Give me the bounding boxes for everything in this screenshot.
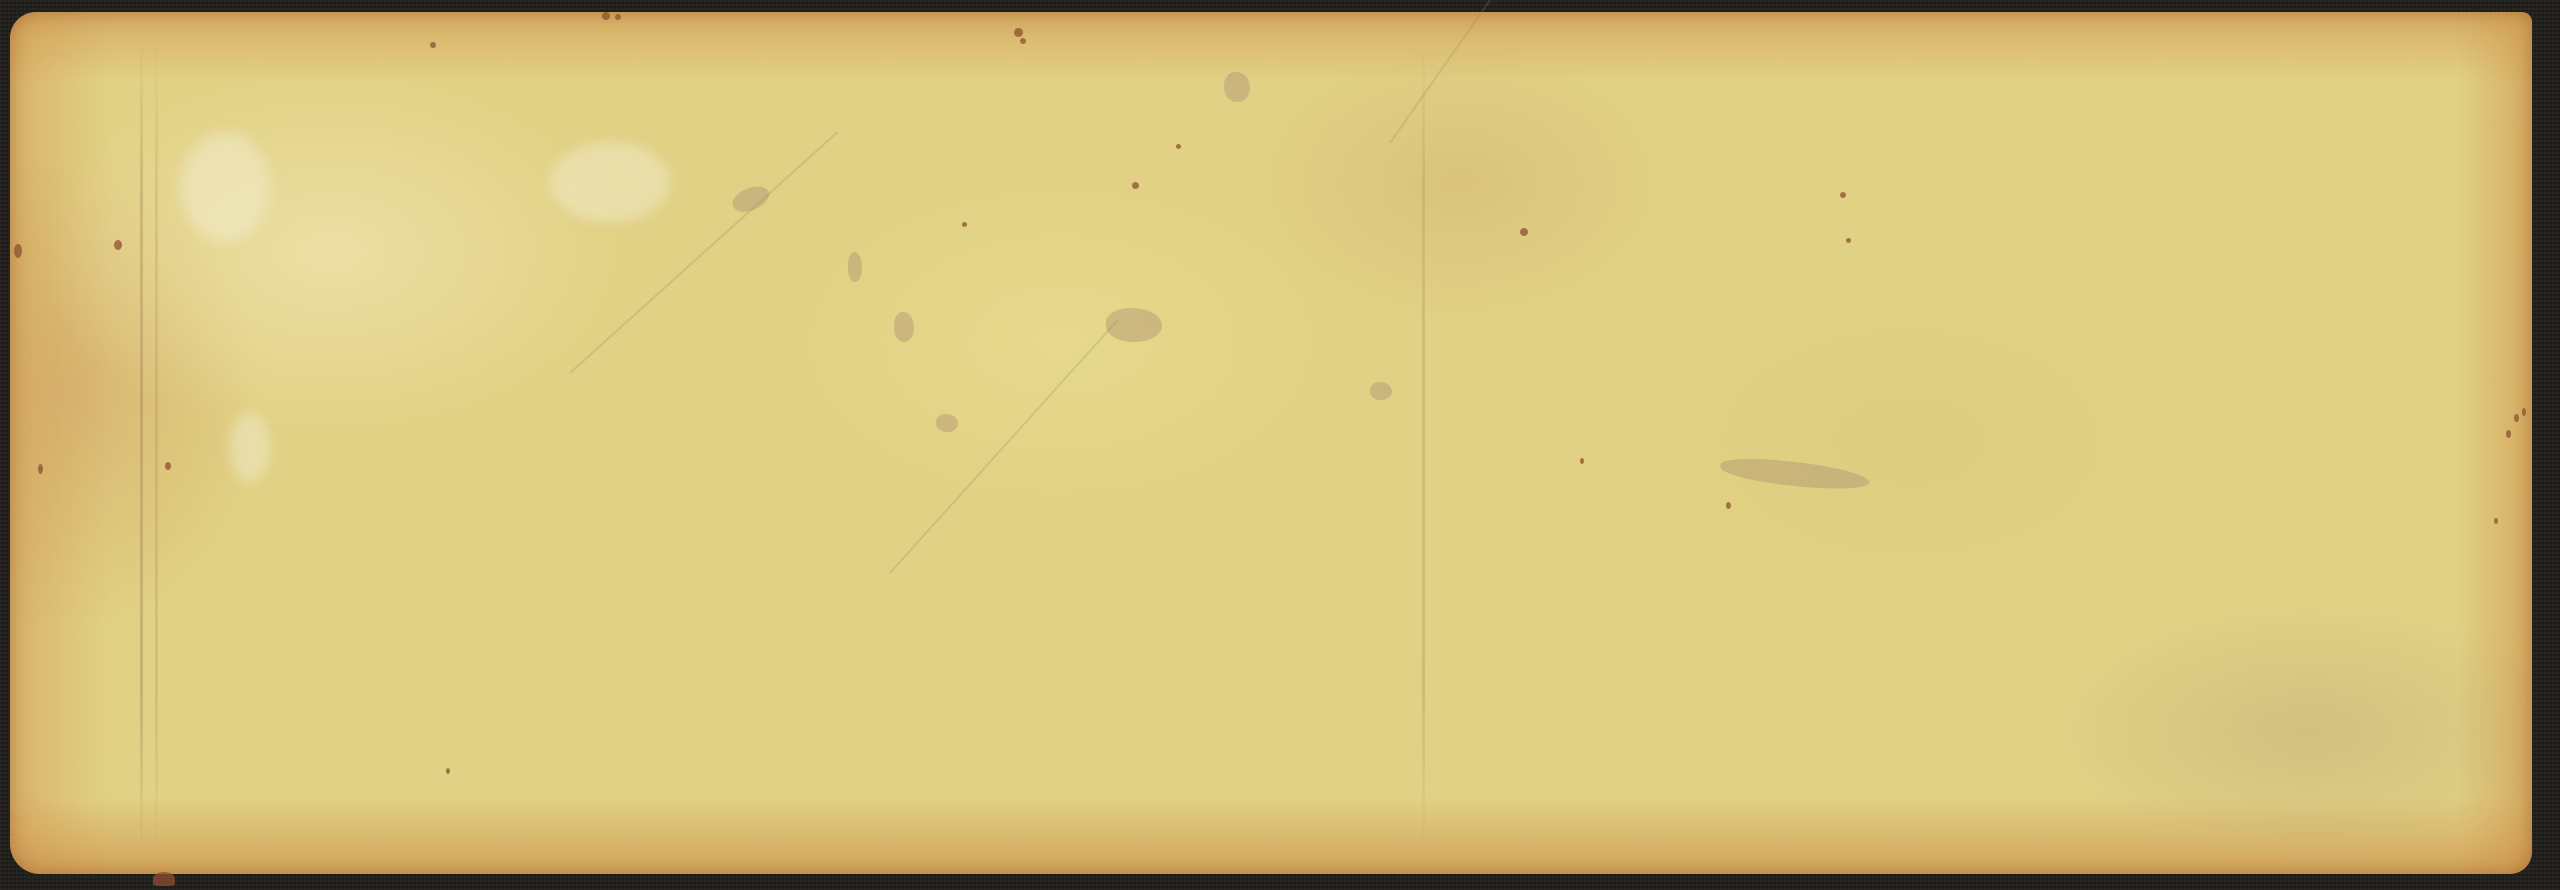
foxing-spot xyxy=(1840,192,1846,198)
foxing-spot xyxy=(2514,414,2519,422)
foxing-spot xyxy=(38,464,43,474)
foxing-spot xyxy=(1132,182,1139,189)
foxing-spot xyxy=(2494,518,2498,524)
foxing-spot xyxy=(14,244,22,258)
foxing-spot xyxy=(430,42,436,48)
foxing-spot xyxy=(1726,502,1731,509)
grey-stain xyxy=(1370,382,1392,400)
fold-line-left xyxy=(140,32,143,860)
fold-line-right xyxy=(1422,32,1425,860)
pale-patch xyxy=(180,132,270,242)
grey-stain xyxy=(894,312,914,342)
paper-crease xyxy=(889,320,1118,574)
grey-stain xyxy=(1719,454,1871,494)
foxing-spot xyxy=(1014,28,1023,37)
aged-paper-sheet xyxy=(10,12,2532,874)
grey-stain xyxy=(729,181,773,217)
foxing-spot xyxy=(1580,458,1584,464)
pale-patch xyxy=(230,412,270,482)
foxing-spot xyxy=(1176,144,1181,149)
foxing-spot xyxy=(615,14,621,20)
foxing-spot xyxy=(165,462,171,470)
foxing-spot xyxy=(2522,408,2526,416)
foxing-spot xyxy=(1846,238,1851,243)
grey-stain xyxy=(936,414,958,432)
grey-stain xyxy=(848,252,862,282)
pale-patch xyxy=(550,142,670,222)
grey-stain xyxy=(1106,308,1162,342)
foxing-spot xyxy=(962,222,967,227)
foxing-spot xyxy=(114,240,122,250)
grey-stain xyxy=(1224,72,1250,102)
fold-line-left-secondary xyxy=(155,32,158,860)
foxing-spot xyxy=(153,872,175,886)
foxing-spot xyxy=(1020,38,1026,44)
foxing-spot xyxy=(2506,430,2511,438)
photo-scene xyxy=(0,0,2560,890)
foxing-spot xyxy=(446,768,450,774)
foxing-spot xyxy=(1520,228,1528,236)
paper-crease xyxy=(1389,0,1505,144)
foxing-spot xyxy=(602,12,610,20)
